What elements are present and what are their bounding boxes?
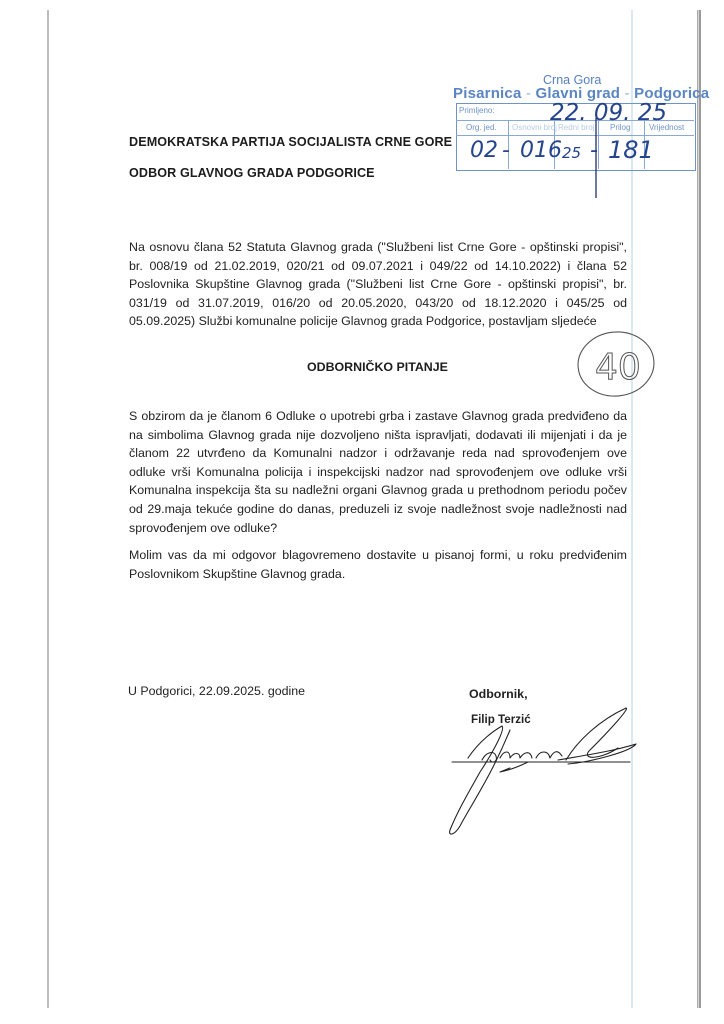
question-line: sprovođenjem ove odluke? (129, 519, 627, 538)
request-paragraph: Molim vas da mi odgovor blagovremeno dos… (129, 546, 627, 583)
place-date: U Podgorici, 22.09.2025. godine (128, 684, 305, 698)
request-line: Poslovnikom Skupštine Glavnog grada. (129, 565, 627, 584)
question-line: članom 22 utvrđeno da Komunalni nadzor i… (129, 444, 627, 463)
organization-name: DEMOKRATSKA PARTIJA SOCIJALISTA CRNE GOR… (129, 135, 452, 149)
committee-name: ODBOR GLAVNOG GRADA PODGORICE (129, 166, 375, 180)
question-line: od 29.maja tekuće godine do danas, predu… (129, 500, 627, 519)
signer-role: Odbornik, (469, 687, 528, 701)
intro-line: Poslovnika Skupštine Glavnog grada ("Slu… (129, 275, 627, 294)
question-line: Komunalna inspekcija šta su nadležni org… (129, 481, 627, 500)
handwritten-circled-number: 40 (575, 327, 657, 399)
question-line: na simbolima Glavnog grada nije dozvolje… (129, 426, 627, 445)
document-heading: ODBORNIČKO PITANJE (307, 360, 448, 374)
scan-edge-left (47, 10, 49, 1008)
intro-line: Na osnovu člana 52 Statuta Glavnog grada… (129, 238, 627, 257)
intro-line: 05.09.2025) Službi komunalne policije Gl… (129, 312, 627, 331)
intro-line: br. 008/19 od 21.02.2019, 020/21 od 09.0… (129, 257, 627, 276)
intro-line: 031/19 od 31.07.2019, 016/20 od 20.05.20… (129, 294, 627, 313)
question-paragraph: S obzirom da je članom 6 Odluke o upotre… (129, 407, 627, 537)
annotation-number: 40 (595, 347, 641, 388)
question-line: odluke vrši Komunalna policija i inspekc… (129, 463, 627, 482)
document-page: Crna Gora Pisarnica - Glavni grad - Podg… (0, 0, 724, 1024)
stamp-pen-strokes (450, 70, 720, 200)
question-line: S obzirom da je članom 6 Odluke o upotre… (129, 407, 627, 426)
intro-paragraph: Na osnovu člana 52 Statuta Glavnog grada… (129, 238, 627, 331)
registry-stamp: Crna Gora Pisarnica - Glavni grad - Podg… (450, 70, 720, 190)
handwritten-signature (440, 700, 640, 840)
request-line: Molim vas da mi odgovor blagovremeno dos… (129, 546, 627, 565)
